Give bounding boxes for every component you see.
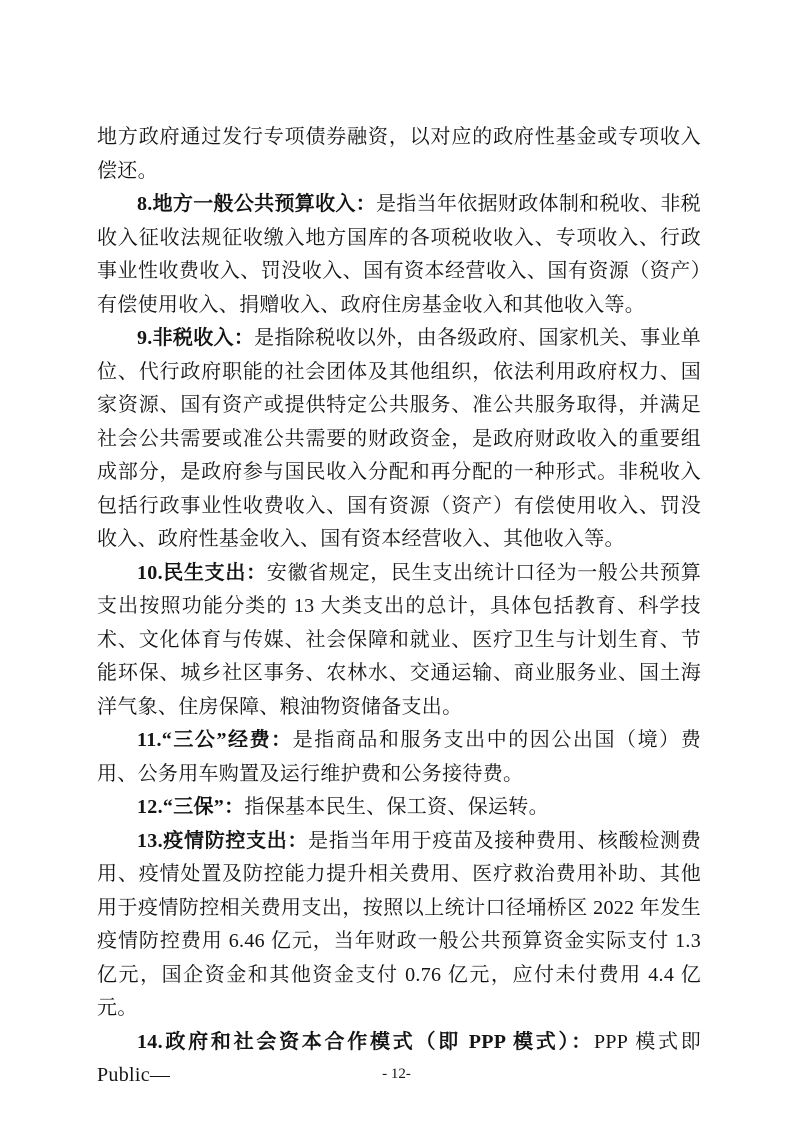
page-number: - 12- bbox=[382, 1066, 411, 1082]
definition-term: 13.疫情防控支出： bbox=[137, 830, 308, 852]
definition-item-9: 9.非税收入：是指除税收以外，由各级政府、国家机关、事业单位、代行政府职能的社会… bbox=[97, 322, 701, 557]
definition-term: 10.民生支出： bbox=[137, 562, 267, 584]
definition-body: 指保基本民生、保工资、保运转。 bbox=[244, 796, 549, 818]
definition-body: 安徽省规定，民生支出统计口径为一般公共预算支出按照功能分类的 13 大类支出的总… bbox=[97, 562, 701, 718]
document-page: 地方政府通过发行专项债券融资，以对应的政府性基金或专项收入偿还。 8.地方一般公… bbox=[0, 0, 793, 1122]
definition-item-10: 10.民生支出：安徽省规定，民生支出统计口径为一般公共预算支出按照功能分类的 1… bbox=[97, 557, 701, 725]
definition-term: 9.非税收入： bbox=[137, 327, 254, 349]
definition-item-8: 8.地方一般公共预算收入：是指当年依据财政体制和税收、非税收入征收法规征收缴入地… bbox=[97, 188, 701, 322]
definition-term: 11.“三公”经费： bbox=[137, 729, 293, 751]
definition-item-12: 12.“三保”：指保基本民生、保工资、保运转。 bbox=[97, 791, 701, 825]
paragraph-body: 地方政府通过发行专项债券融资，以对应的政府性基金或专项收入偿还。 bbox=[97, 126, 701, 182]
document-text-block: 地方政府通过发行专项债券融资，以对应的政府性基金或专项收入偿还。 8.地方一般公… bbox=[97, 121, 701, 1093]
definition-item-11: 11.“三公”经费：是指商品和服务支出中的因公出国（境）费用、公务用车购置及运行… bbox=[97, 724, 701, 791]
definition-body: 是指除税收以外，由各级政府、国家机关、事业单位、代行政府职能的社会团体及其他组织… bbox=[97, 327, 701, 550]
page-footer: - 12- bbox=[0, 1064, 793, 1084]
definition-body: 是指当年用于疫苗及接种费用、核酸检测费用、疫情处置及防控能力提升相关费用、医疗救… bbox=[97, 830, 701, 1020]
definition-term: 8.地方一般公共预算收入： bbox=[137, 193, 376, 215]
definition-term: 14.政府和社会资本合作模式（即 PPP 模式）： bbox=[137, 1031, 594, 1053]
paragraph-continuation: 地方政府通过发行专项债券融资，以对应的政府性基金或专项收入偿还。 bbox=[97, 121, 701, 188]
definition-item-13: 13.疫情防控支出：是指当年用于疫苗及接种费用、核酸检测费用、疫情处置及防控能力… bbox=[97, 825, 701, 1026]
definition-term: 12.“三保”： bbox=[137, 796, 244, 818]
